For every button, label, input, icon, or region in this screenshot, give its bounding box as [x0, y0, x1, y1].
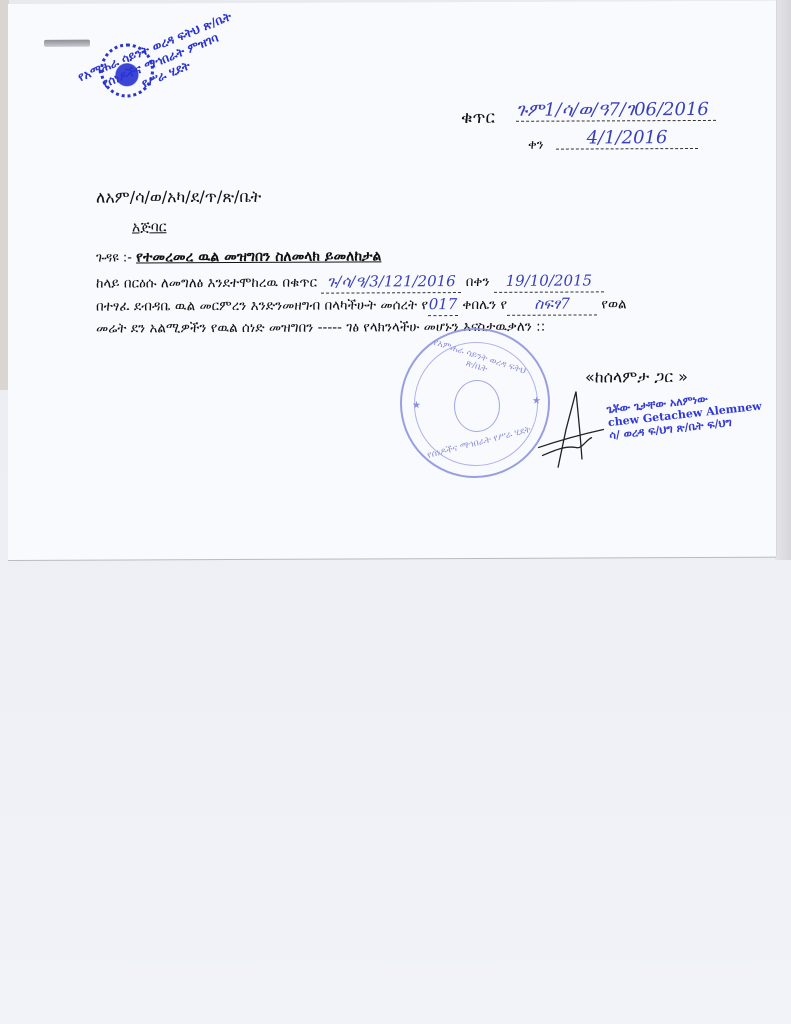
reference-number: ጉም1/ሳ/ወ/ዓ7/ገ06/2016	[516, 99, 716, 122]
body-text: በተፃፈ ደብዳቤ ዉል መርምረን እንድንመዘግብ በላካችሁት መሰረት …	[96, 297, 428, 314]
header-stamp-line: የሰነዶችና ማኀበራት ምዝገባ	[56, 12, 266, 109]
body-text: ከላይ በርዕሱ ለመግለፅ እንደተሞከረዉ በቁጥር	[96, 275, 317, 292]
letter-page: የአማሐራ ሳይንት ወረዳ ፍትህ ጽ/ቤት የሰነዶችና ማኀበራት ምዝገ…	[8, 1, 776, 560]
body-text: በቀን	[466, 274, 490, 290]
addressee: ለአም/ሳ/ወ/አካ/ደ/ጥ/ጽ/ቤት	[96, 187, 261, 208]
referenced-letter-number: ጉ/ሳ/ዓ/3/121/2016	[321, 270, 461, 294]
date-label: ቀን	[528, 138, 544, 153]
subject-line: ጉዳዩ :- የተመረመረ ዉል መዝግበን ስለመላክ ይመለከታል	[96, 248, 381, 265]
reference-label: ቁጥር	[461, 108, 495, 128]
handwritten-signature-icon	[536, 389, 606, 469]
seal-emblem-icon	[454, 380, 500, 432]
letter-date: 4/1/2016	[556, 127, 698, 150]
body-text: ቀበሌን የ	[462, 297, 507, 313]
staple-icon	[44, 40, 90, 47]
office-header-stamp: የአማሐራ ሳይንት ወረዳ ፍትህ ጽ/ቤት የሰነዶችና ማኀበራት ምዝገ…	[50, 0, 271, 123]
body-line-3: መሬት ደን አልሚዎችን የዉል ሰነድ መዝግበን ----- ገፅ የላክ…	[96, 315, 736, 340]
letter-body: ከላይ በርዕሱ ለመግለፅ እንደተሞከረዉ በቁጥር ጉ/ሳ/ዓ/3/121…	[96, 269, 736, 340]
subject-label: ጉዳዩ :-	[96, 250, 132, 265]
signatory-stamp: ጌቾው ጌታቸው አለምነው chew Getachew Alemnew ሳ/ …	[606, 385, 779, 442]
party-count: ስፍፃ7	[507, 292, 597, 315]
kebele-number: 017	[428, 293, 458, 316]
referenced-letter-date: 19/10/2015	[494, 269, 604, 292]
body-line-2: በተፃፈ ደብዳቤ ዉል መርምረን እንድንመዘግብ በላካችሁት መሰረት …	[96, 292, 736, 318]
official-seal-icon: የአምሐራ ሳይንት ወረዳ ፍትህ ጽ/ቤት ★ ★ የሰነዶችና ማኀበራት…	[400, 328, 550, 479]
scanner-edge-right	[775, 0, 791, 560]
body-text: የወል	[601, 296, 626, 312]
addressee-town: አጅባር	[132, 219, 166, 235]
subject-text: የተመረመረ ዉል መዝግበን ስለመላክ ይመለከታል	[136, 248, 381, 265]
closing-salutation: «ከሰላምታ ጋር »	[585, 367, 688, 387]
star-icon: ★	[412, 400, 421, 411]
body-line-1: ከላይ በርዕሱ ለመግለፅ እንደተሞከረዉ በቁጥር ጉ/ሳ/ዓ/3/121…	[96, 269, 736, 295]
